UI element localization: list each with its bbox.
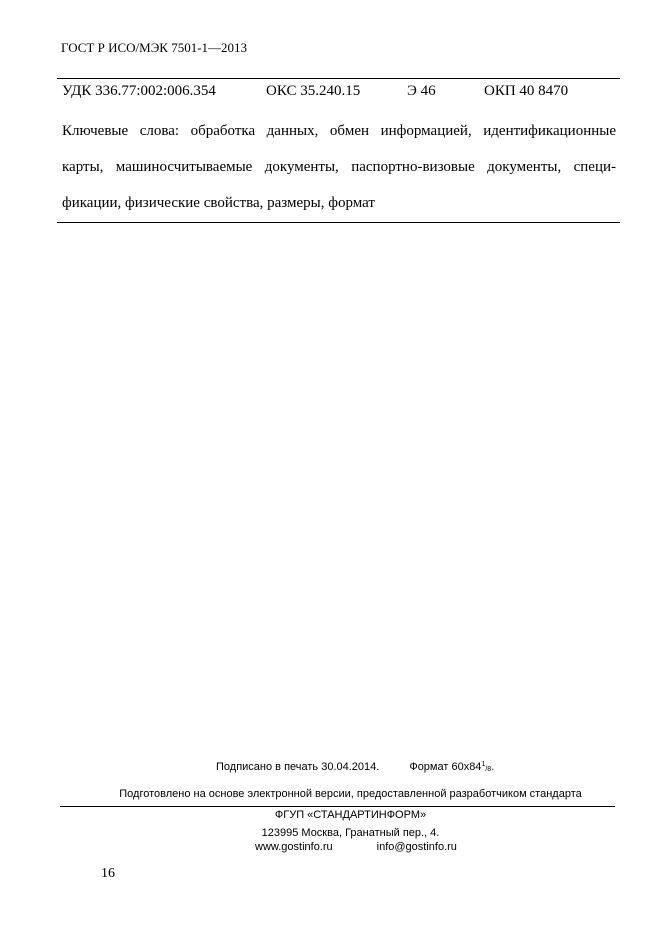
okp-code: ОКП 40 8470 [484,83,568,100]
prepared-note: Подготовлено на основе электронной верси… [0,788,661,800]
top-divider [57,78,620,79]
imprint-signed-row: Подписано в печать 30.04.2014.Формат 60х… [216,761,494,773]
footer-divider [60,806,615,807]
signed-date: Подписано в печать 30.04.2014. [216,761,379,773]
email-link[interactable]: info@gostinfo.ru [377,841,457,853]
e-code: Э 46 [407,83,436,100]
keywords-paragraph: Ключевые слова: обработка данных, обмен … [62,113,616,221]
keywords-line: карты, машиносчитываемые документы, пасп… [62,149,616,185]
bottom-divider [57,222,620,223]
keywords-line: фикации, физические свойства, размеры, ф… [62,185,616,221]
website-link[interactable]: www.gostinfo.ru [255,841,333,853]
page-header-standard-id: ГОСТ Р ИСО/МЭК 7501-1—2013 [61,40,247,56]
oks-code: ОКС 35.240.15 [266,83,360,100]
keywords-line: Ключевые слова: обработка данных, обмен … [62,113,616,149]
publisher-contacts: www.gostinfo.ruinfo@gostinfo.ru [255,841,457,853]
page-number: 16 [101,866,115,882]
udk-code: УДК 336.77:002:006.354 [62,83,216,100]
paper-format: Формат 60х841/8. [409,761,494,773]
publisher-name: ФГУП «СТАНДАРТИНФОРМ» [0,809,661,821]
publisher-address: 123995 Москва, Гранатный пер., 4. [0,827,661,839]
